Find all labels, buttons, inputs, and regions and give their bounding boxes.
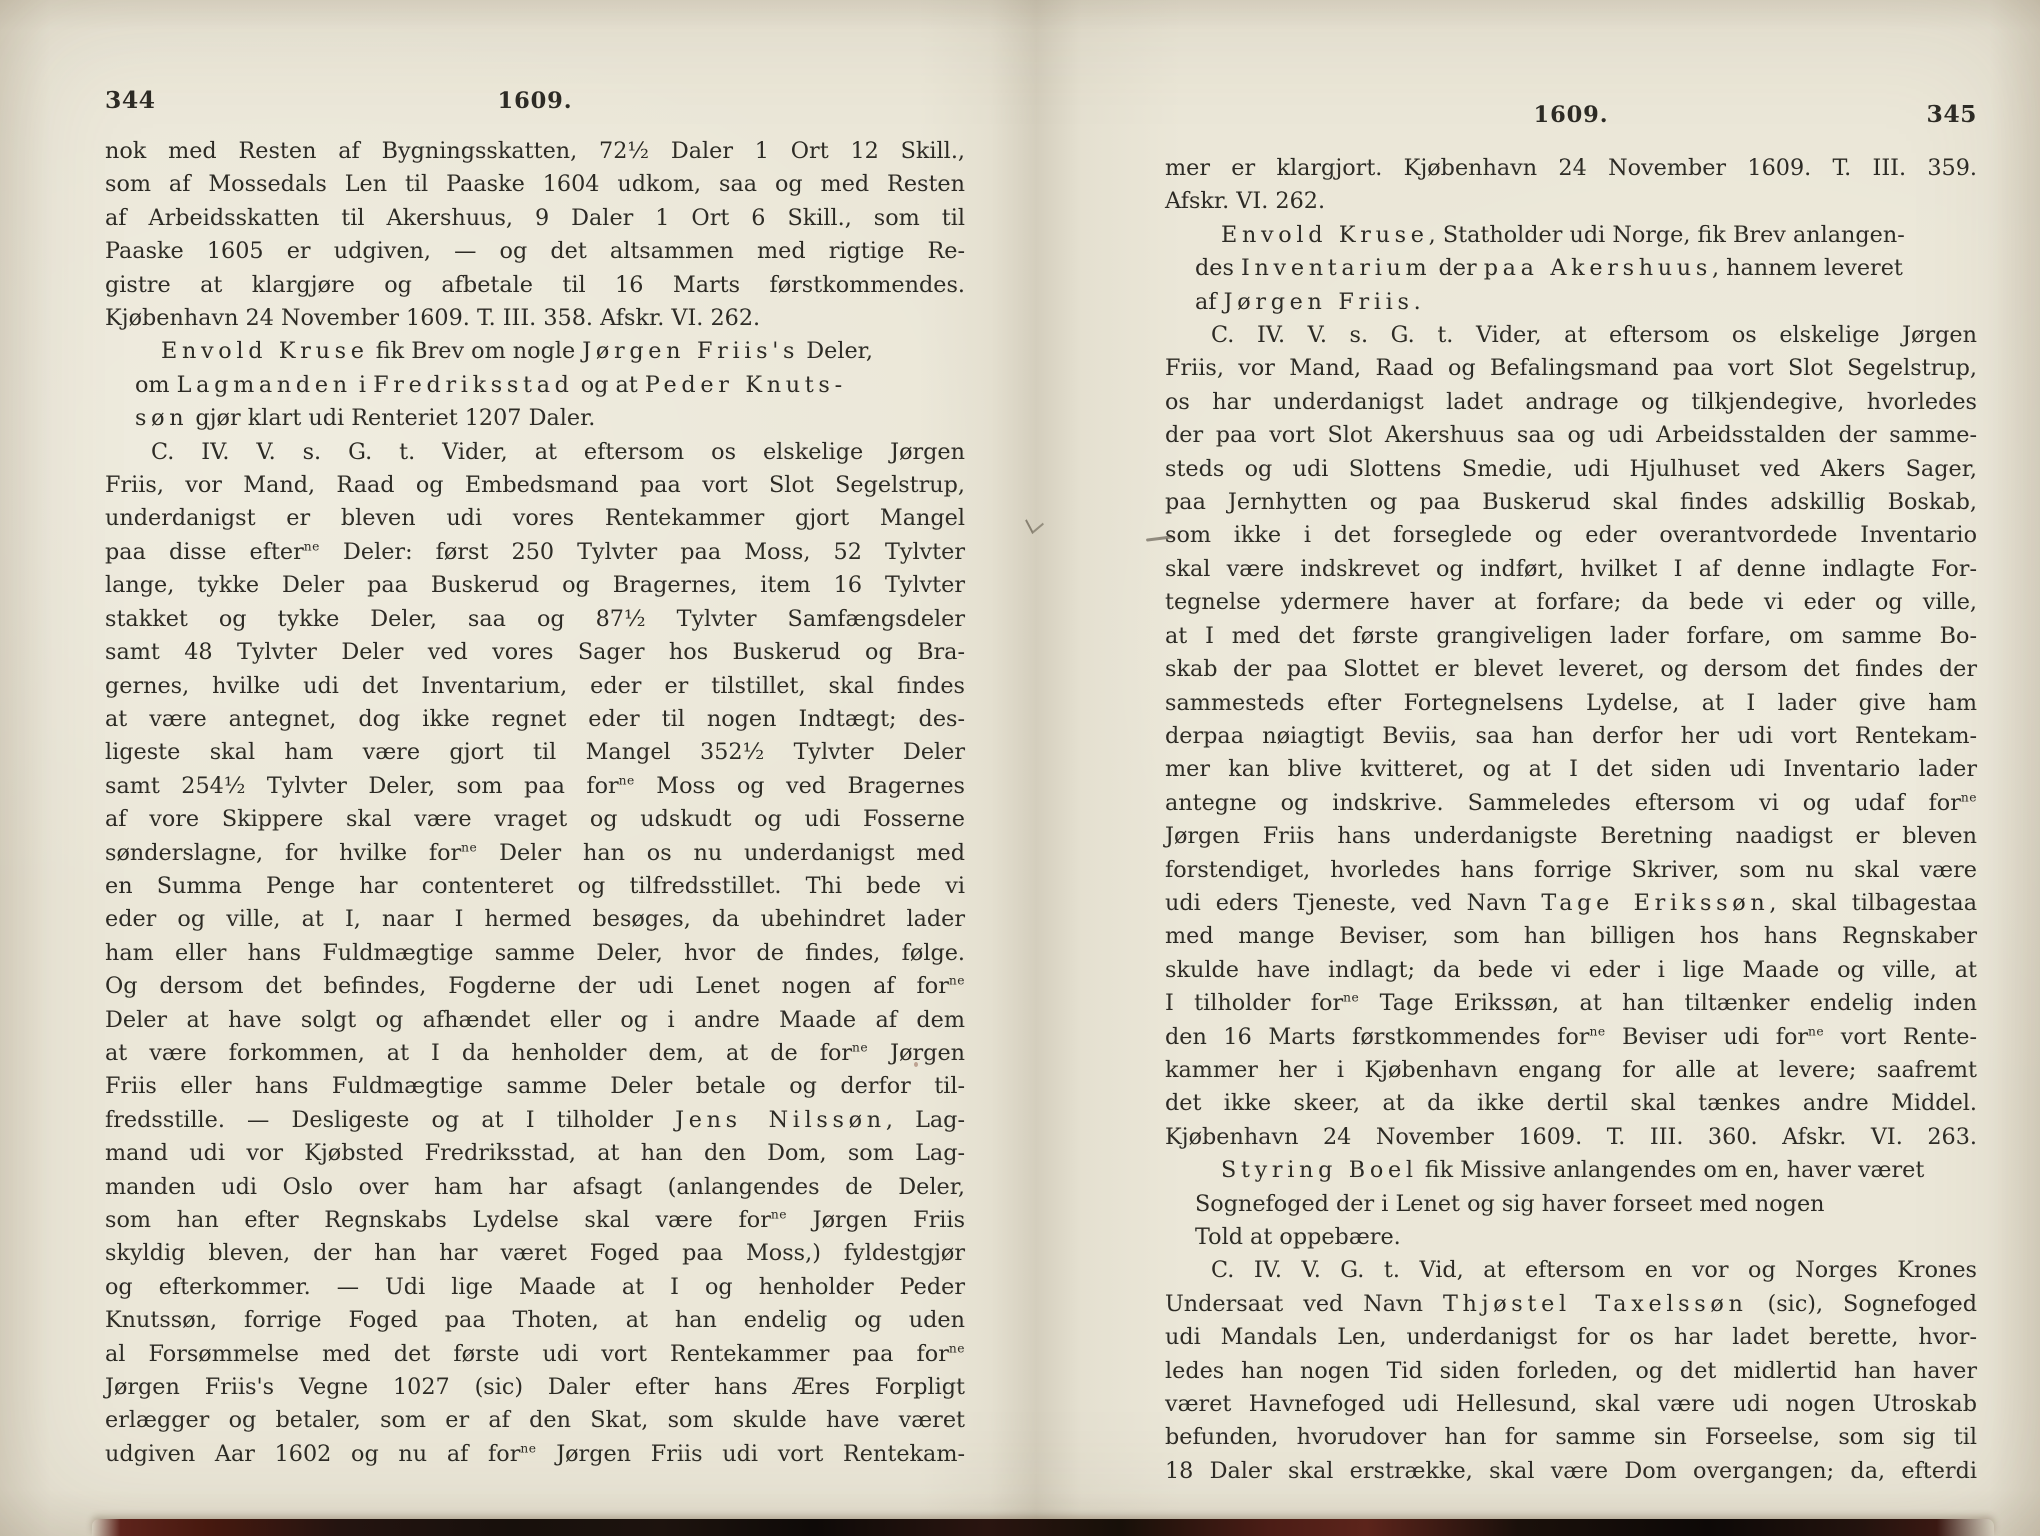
- superscript-abbreviation: ne: [1589, 1024, 1605, 1038]
- summary-block: Styring Boel fik Missive anlangendes om …: [1165, 1154, 1977, 1254]
- letterspaced-name: Jens Nilssøn: [675, 1107, 886, 1133]
- text-line: fredsstille. — Desligeste og at I tilhol…: [105, 1104, 965, 1137]
- text-line: C. IV. V. G. t. Vid, at eftersom en vor …: [1165, 1254, 1977, 1287]
- book-bottom-edge: [92, 1519, 1994, 1536]
- letter-block: C. IV. V. G. t. Vid, at eftersom en vor …: [1165, 1254, 1977, 1488]
- text-line: Styring Boel fik Missive anlangendes om …: [1195, 1154, 1977, 1187]
- summary-block: Envold Kruse, Statholder udi Norge, fik …: [1165, 219, 1977, 319]
- superscript-abbreviation: ne: [304, 539, 320, 553]
- page-text: mer er klargjort. Kjøbenhavn 24 November…: [1165, 152, 1977, 1488]
- text-line: gistre at klargjøre og afbetale til 16 M…: [105, 269, 965, 302]
- text-line: Paaske 1605 er udgiven, — og det altsamm…: [105, 235, 965, 268]
- right-page: 1609. 345 mer er klargjort. Kjøbenhavn 2…: [1165, 100, 1977, 1488]
- text-line: den 16 Marts førstkommendes forne Bevise…: [1165, 1021, 1977, 1054]
- text-line: eder og ville, at I, naar I hermed besøg…: [105, 903, 965, 936]
- text-line: som af Mossedals Len til Paaske 1604 udk…: [105, 168, 965, 201]
- text-line: nok med Resten af Bygningsskatten, 72½ D…: [105, 135, 965, 168]
- text-line: derpaa nøiagtigt Beviis, saa han derfor …: [1165, 720, 1977, 753]
- text-line: gernes, hvilke udi det Inventarium, eder…: [105, 670, 965, 703]
- text-line: Friis, vor Mand, Raad og Embedsmand paa …: [105, 469, 965, 502]
- letterspaced-name: Envold Kruse: [161, 338, 369, 364]
- text-line: Sognefoged der i Lenet og sig haver fors…: [1195, 1188, 1977, 1221]
- book-spread: 344 1609. nok med Resten af Bygningsskat…: [0, 0, 2040, 1536]
- text-line: ham eller hans Fuldmægtige samme Deler, …: [105, 937, 965, 970]
- text-line: søn gjør klart udi Renteriet 1207 Daler.: [135, 402, 965, 435]
- superscript-abbreviation: ne: [1808, 1024, 1824, 1038]
- text-line: C. IV. V. s. G. t. Vider, at eftersom os…: [1165, 319, 1977, 352]
- text-line: Told at oppebære.: [1195, 1221, 1977, 1254]
- letterspaced-name: Fredriksstad: [373, 372, 574, 398]
- letter-block: C. IV. V. s. G. t. Vider, at eftersom os…: [1165, 319, 1977, 1154]
- text-line: os har underdanigst ladet andrage og til…: [1165, 386, 1977, 419]
- letterspaced-name: Thjøstel Taxelssøn: [1443, 1291, 1748, 1317]
- text-line: des Inventarium der paa Akershuus, hanne…: [1195, 252, 1977, 285]
- text-line: udi eders Tjeneste, ved Navn Tage Erikss…: [1165, 887, 1977, 920]
- continuation-block: nok med Resten af Bygningsskatten, 72½ D…: [105, 135, 965, 335]
- letter-block: C. IV. V. s. G. t. Vider, at eftersom os…: [105, 436, 965, 1472]
- text-line: mer kan blive kvitteret, og at I det sid…: [1165, 753, 1977, 786]
- text-line: Knutssøn, forrige Foged paa Thoten, at h…: [105, 1304, 965, 1337]
- text-line: Kjøbenhavn 24 November 1609. T. III. 358…: [105, 302, 965, 335]
- text-line: af Jørgen Friis.: [1195, 286, 1977, 319]
- text-line: af vore Skippere skal være vraget og uds…: [105, 803, 965, 836]
- superscript-abbreviation: ne: [619, 773, 635, 787]
- superscript-abbreviation: ne: [771, 1208, 787, 1222]
- text-line: C. IV. V. s. G. t. Vider, at eftersom os…: [105, 436, 965, 469]
- text-line: at være forkommen, at I da henholder dem…: [105, 1037, 965, 1070]
- text-line: med mange Beviser, som han billigen hos …: [1165, 920, 1977, 953]
- superscript-abbreviation: ne: [461, 840, 477, 854]
- text-line: Undersaat ved Navn Thjøstel Taxelssøn (s…: [1165, 1288, 1977, 1321]
- text-line: som ikke i det forseglede og eder overan…: [1165, 519, 1977, 552]
- superscript-abbreviation: ne: [949, 974, 965, 988]
- text-line: af Arbeidsskatten til Akershuus, 9 Daler…: [105, 202, 965, 235]
- letterspaced-name: Lagmanden: [177, 372, 352, 398]
- text-line: skulde have indlagt; da bede vi eder i l…: [1165, 954, 1977, 987]
- text-line: tegnelse ydermere haver at forfare; da b…: [1165, 586, 1977, 619]
- continuation-block: mer er klargjort. Kjøbenhavn 24 November…: [1165, 152, 1977, 219]
- text-line: sønderslagne, for hvilke forne Deler han…: [105, 837, 965, 870]
- summary-block: Envold Kruse fik Brev om nogle Jørgen Fr…: [105, 335, 965, 435]
- page-number: 345: [1847, 100, 1977, 128]
- text-line: underdanigst er bleven udi vores Renteka…: [105, 502, 965, 535]
- text-line: skab der paa Slottet er blevet leveret, …: [1165, 653, 1977, 686]
- text-line: ligeste skal ham være gjort til Mangel 3…: [105, 736, 965, 769]
- text-line: erlægger og betaler, som er af den Skat,…: [105, 1404, 965, 1437]
- text-line: sammesteds efter Fortegnelsens Lydelse, …: [1165, 687, 1977, 720]
- letterspaced-name: Jørgen Friis: [1224, 289, 1414, 315]
- text-line: Deler at have solgt og afhændet eller og…: [105, 1004, 965, 1037]
- text-line: kammer her i Kjøbenhavn engang for alle …: [1165, 1054, 1977, 1087]
- text-line: stakket og tykke Deler, saa og 87½ Tylvt…: [105, 603, 965, 636]
- letterspaced-name: Inventarium: [1241, 255, 1431, 281]
- text-line: lange, tykke Deler paa Buskerud og Brage…: [105, 569, 965, 602]
- text-line: det ikke skeer, at da ikke dertil skal t…: [1165, 1087, 1977, 1120]
- text-line: skal være indskrevet og indført, hvilket…: [1165, 553, 1977, 586]
- text-line: været Havnefoged udi Hellesund, skal vær…: [1165, 1388, 1977, 1421]
- text-line: ledes han nogen Tid siden forleden, og d…: [1165, 1355, 1977, 1388]
- text-line: Jørgen Friis's Vegne 1027 (sic) Daler ef…: [105, 1371, 965, 1404]
- text-line: at være antegnet, dog ikke regnet eder t…: [105, 703, 965, 736]
- page-text: nok med Resten af Bygningsskatten, 72½ D…: [105, 135, 965, 1471]
- letterspaced-name: Envold Kruse: [1221, 222, 1429, 248]
- text-line: befunden, hvorudover han for samme sin F…: [1165, 1421, 1977, 1454]
- text-line: Kjøbenhavn 24 November 1609. T. III. 360…: [1165, 1121, 1977, 1154]
- right-page-header: 1609. 345: [1165, 100, 1977, 128]
- text-line: paa Jernhytten og paa Buskerud skal find…: [1165, 486, 1977, 519]
- text-line: forstendiget, hvorledes hans forrige Skr…: [1165, 854, 1977, 887]
- text-line: Og dersom det befindes, Fogderne der udi…: [105, 970, 965, 1003]
- left-page-header: 344 1609.: [105, 86, 965, 114]
- text-line: Envold Kruse, Statholder udi Norge, fik …: [1195, 219, 1977, 252]
- text-line: 18 Daler skal erstrække, skal være Dom o…: [1165, 1455, 1977, 1488]
- text-line: Friis, vor Mand, Raad og Befalingsmand p…: [1165, 352, 1977, 385]
- text-line: der paa vort Slot Akershuus saa og udi A…: [1165, 419, 1977, 452]
- text-line: samt 48 Tylvter Deler ved vores Sager ho…: [105, 636, 965, 669]
- superscript-abbreviation: ne: [852, 1041, 868, 1055]
- text-line: Jørgen Friis hans underdanigste Beretnin…: [1165, 820, 1977, 853]
- text-line: om Lagmanden i Fredriksstad og at Peder …: [135, 369, 965, 402]
- text-line: Afskr. VI. 262.: [1165, 185, 1977, 218]
- text-line: en Summa Penge har contenteret og tilfre…: [105, 870, 965, 903]
- letterspaced-name: Tage Erikssøn: [1541, 890, 1769, 916]
- text-line: steds og udi Slottens Smedie, udi Hjulhu…: [1165, 453, 1977, 486]
- text-line: Friis eller hans Fuldmægtige samme Deler…: [105, 1070, 965, 1103]
- text-line: manden udi Oslo over ham har afsagt (anl…: [105, 1171, 965, 1204]
- letterspaced-name: Styring Boel: [1221, 1157, 1418, 1183]
- text-line: Envold Kruse fik Brev om nogle Jørgen Fr…: [135, 335, 965, 368]
- running-head-year: 1609.: [235, 88, 835, 114]
- text-line: al Forsømmelse med det første udi vort R…: [105, 1338, 965, 1371]
- superscript-abbreviation: ne: [520, 1441, 536, 1455]
- text-line: at I med det første grangiveligen lader …: [1165, 620, 1977, 653]
- text-line: mand udi vor Kjøbsted Fredriksstad, at h…: [105, 1137, 965, 1170]
- letterspaced-name: søn: [135, 405, 188, 431]
- superscript-abbreviation: ne: [949, 1341, 965, 1355]
- text-line: og efterkommer. — Udi lige Maade at I og…: [105, 1271, 965, 1304]
- text-line: som han efter Regnskabs Lydelse skal vær…: [105, 1204, 965, 1237]
- page-number: 344: [105, 86, 235, 114]
- letterspaced-name: paa Akershuus: [1484, 255, 1712, 281]
- text-line: samt 254½ Tylvter Deler, som paa forne M…: [105, 770, 965, 803]
- ink-mark: [1025, 511, 1044, 534]
- letterspaced-name: Peder Knuts-: [645, 372, 847, 398]
- superscript-abbreviation: ne: [1961, 790, 1977, 804]
- superscript-abbreviation: ne: [1343, 991, 1359, 1005]
- text-line: I tilholder forne Tage Erikssøn, at han …: [1165, 987, 1977, 1020]
- text-line: paa disse efterne Deler: først 250 Tylvt…: [105, 536, 965, 569]
- text-line: mer er klargjort. Kjøbenhavn 24 November…: [1165, 152, 1977, 185]
- text-line: antegne og indskrive. Sammeledes efterso…: [1165, 787, 1977, 820]
- text-line: skyldig bleven, der han har været Foged …: [105, 1237, 965, 1270]
- letterspaced-name: Jørgen Friis's: [582, 338, 799, 364]
- running-head-year: 1609.: [1295, 102, 1847, 128]
- text-line: udgiven Aar 1602 og nu af forne Jørgen F…: [105, 1438, 965, 1471]
- left-page: 344 1609. nok med Resten af Bygningsskat…: [105, 86, 965, 1471]
- text-line: udi Mandals Len, underdanigst for os har…: [1165, 1321, 1977, 1354]
